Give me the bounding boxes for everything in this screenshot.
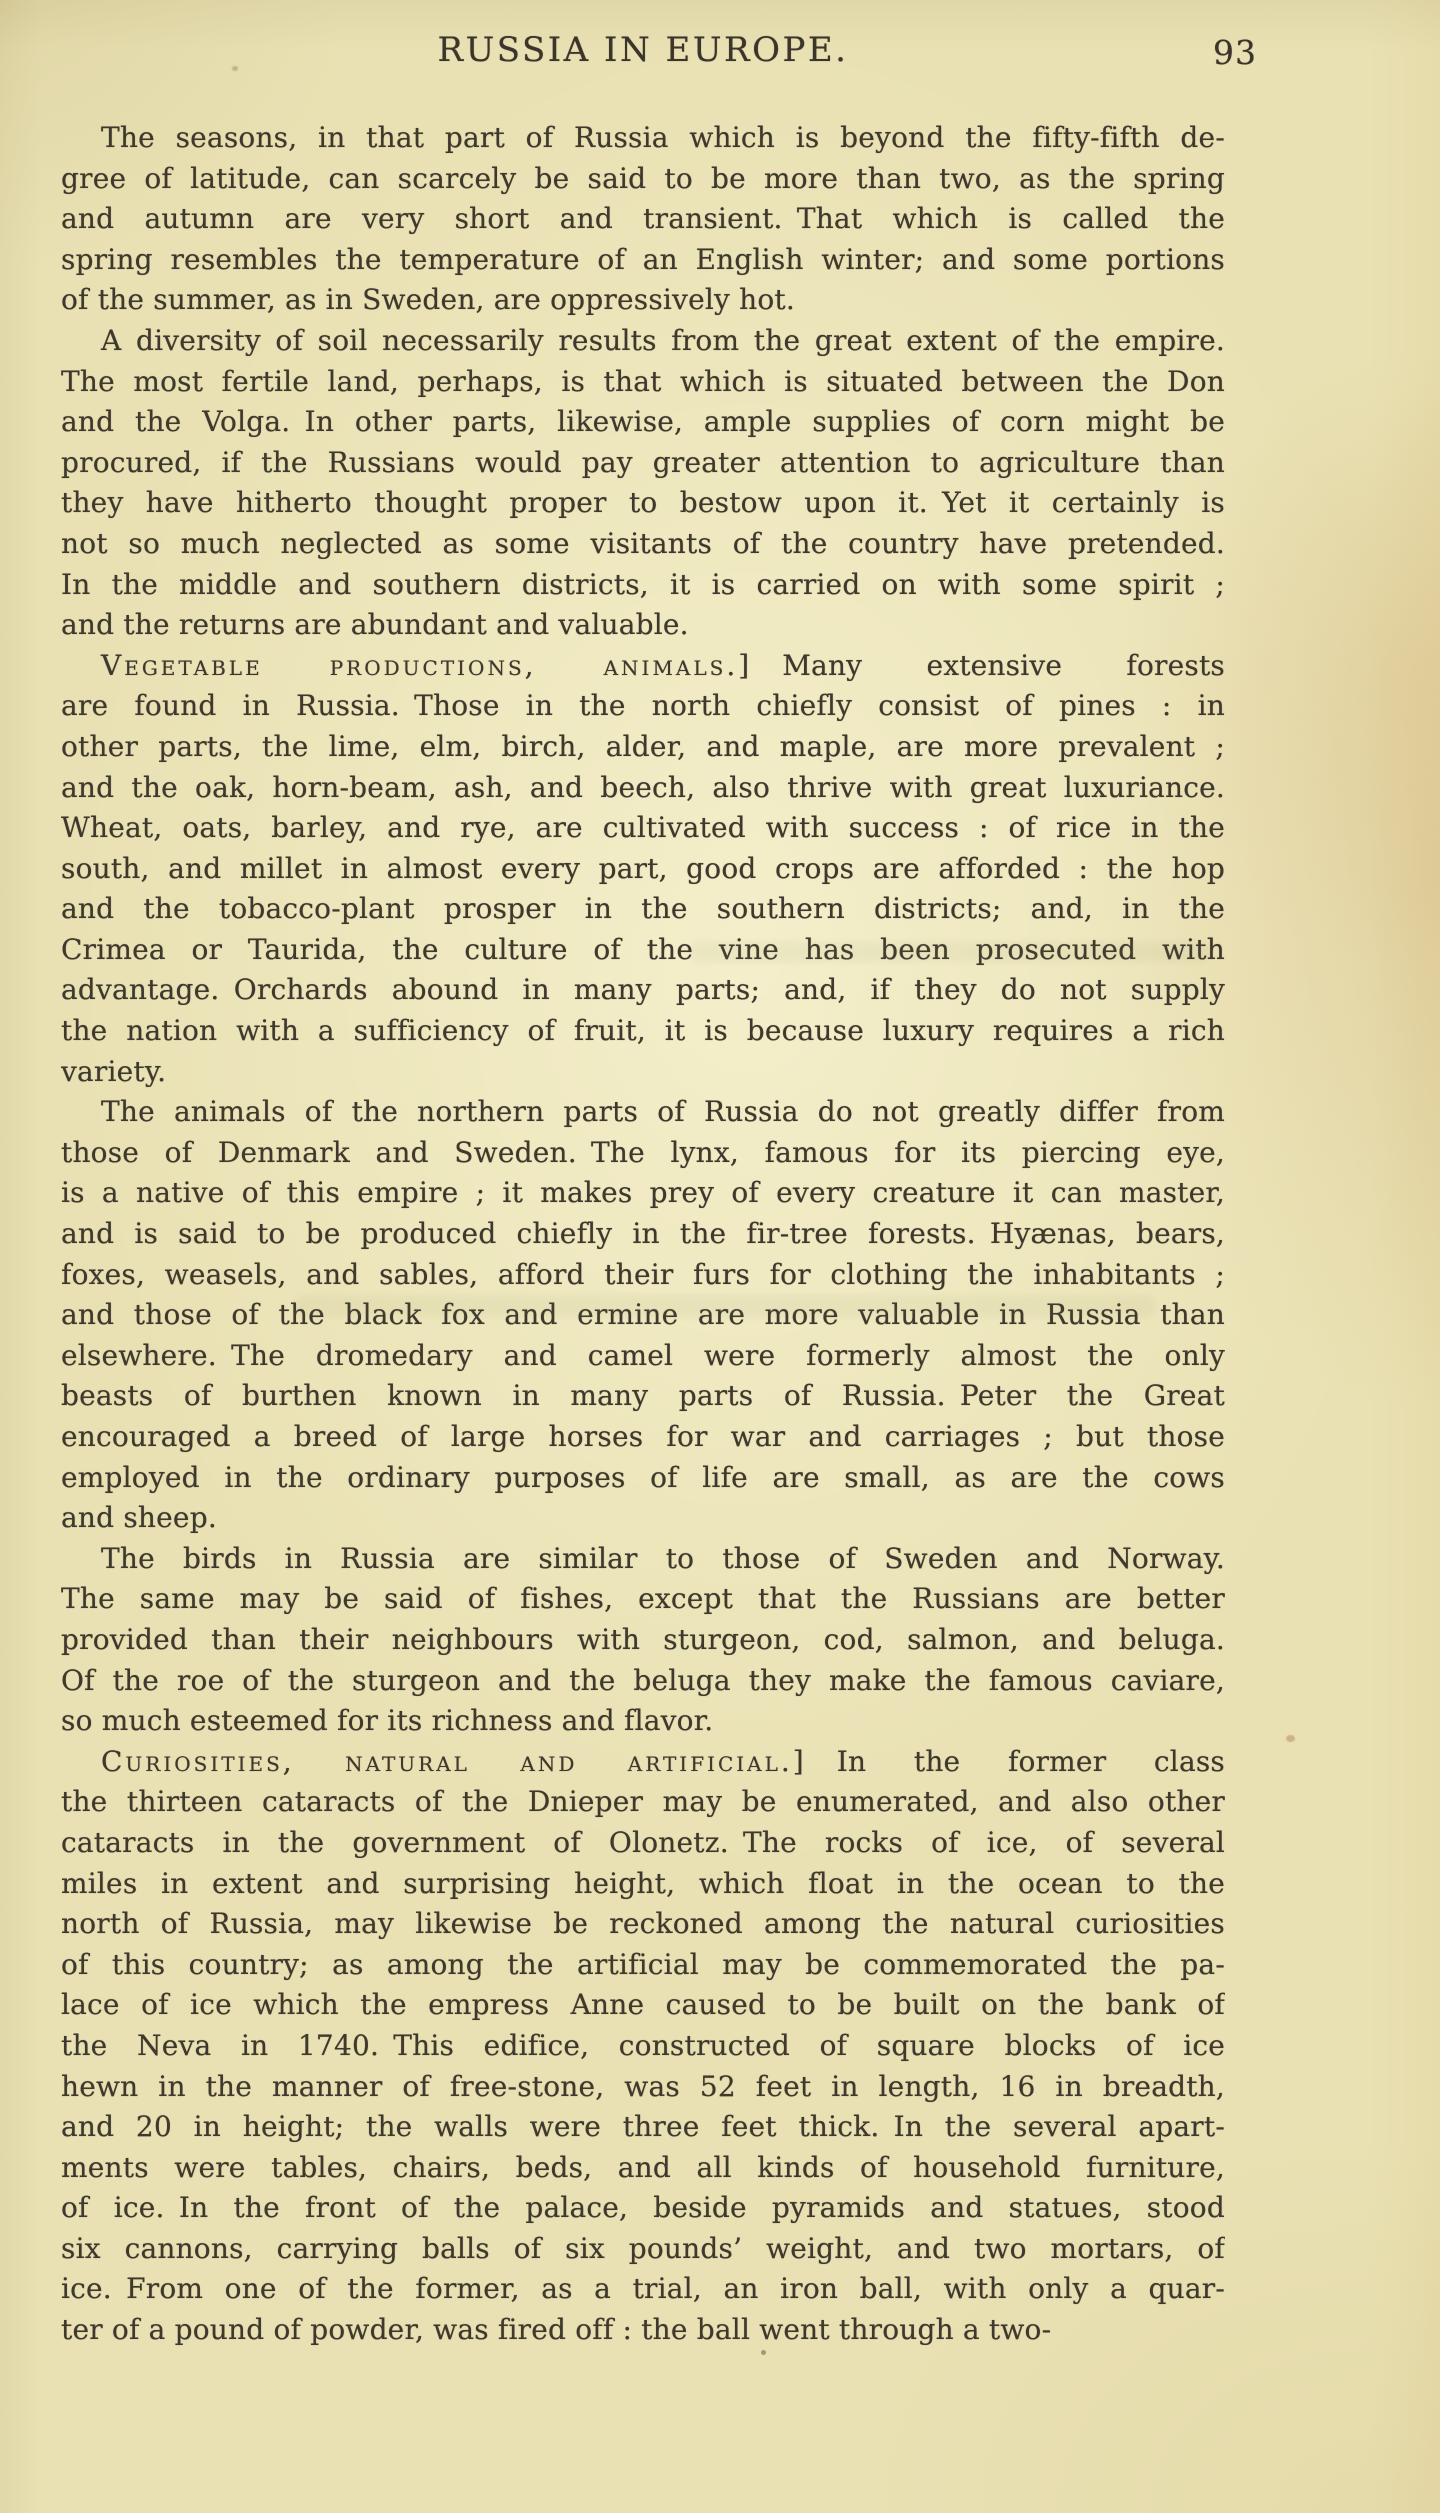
text-line: The same may be said of fishes, except t… [61,1579,1225,1620]
ink-speck [232,66,238,71]
text-line: gree of latitude, can scarcely be said t… [61,159,1225,200]
text-line: south, and millet in almost every part, … [61,849,1225,890]
text-line: encouraged a breed of large horses for w… [61,1417,1225,1458]
text-line: miles in extent and surprising height, w… [61,1864,1225,1905]
text-line: the Neva in 1740. This edifice, construc… [61,2026,1225,2067]
text-line: lace of ice which the empress Anne cause… [61,1985,1225,2026]
show-through-smudge [295,1295,1155,1317]
book-page-scan: RUSSIA IN EUROPE. 93 The seasons, in tha… [0,0,1440,2513]
text-line: the nation with a sufficiency of fruit, … [61,1011,1225,1052]
text-line: and the returns are abundant and valuabl… [61,605,1225,646]
running-title: RUSSIA IN EUROPE. [61,30,1225,70]
text-line: The most fertile land, perhaps, is that … [61,362,1225,403]
text-line: those of Denmark and Sweden. The lynx, f… [61,1133,1225,1174]
text-line: The birds in Russia are similar to those… [61,1539,1225,1580]
text-line: variety. [61,1052,1225,1093]
text-line: and the oak, horn-beam, ash, and beech, … [61,768,1225,809]
text-line: Of the roe of the sturgeon and the belug… [61,1661,1225,1702]
text-line: not so much neglected as some visitants … [61,524,1225,565]
text-line: and 20 in height; the walls were three f… [61,2107,1225,2148]
paragraph: Curiosities, natural and artificial.]In … [61,1742,1225,2351]
text-line: other parts, the lime, elm, birch, alder… [61,727,1225,768]
paragraph: Vegetable productions, animals.]Many ext… [61,646,1225,1093]
text-line: procured, if the Russians would pay grea… [61,443,1225,484]
text-line: Wheat, oats, barley, and rye, are cultiv… [61,808,1225,849]
text-line: so much esteemed for its richness and fl… [61,1701,1225,1742]
section-heading-smallcaps: Curiosities, natural and artificial.] [101,1745,807,1778]
text-line: north of Russia, may likewise be reckone… [61,1904,1225,1945]
text-line: provided than their neighbours with stur… [61,1620,1225,1661]
text-line: The animals of the northern parts of Rus… [61,1092,1225,1133]
section-lead-text: In the former class [837,1745,1225,1778]
text-line: the thirteen cataracts of the Dnieper ma… [61,1782,1225,1823]
paragraph: The seasons, in that part of Russia whic… [61,118,1225,321]
text-line: foxes, weasels, and sables, afford their… [61,1255,1225,1296]
paragraph: The birds in Russia are similar to those… [61,1539,1225,1742]
page-number: 93 [1213,33,1257,72]
text-line: of this country; as among the artificial… [61,1945,1225,1986]
paragraph: A diversity of soil necessarily results … [61,321,1225,646]
section-lead-text: Many extensive forests [782,649,1225,682]
text-line: cataracts in the government of Olonetz. … [61,1823,1225,1864]
text-line: ter of a pound of powder, was fired off … [61,2310,1225,2351]
text-line: of the summer, as in Sweden, are oppress… [61,280,1225,321]
text-line: are found in Russia. Those in the north … [61,686,1225,727]
text-line: hewn in the manner of free-stone, was 52… [61,2067,1225,2108]
text-line: and the Volga. In other parts, likewise,… [61,402,1225,443]
text-line: beasts of burthen known in many parts of… [61,1376,1225,1417]
text-line: they have hitherto thought proper to bes… [61,483,1225,524]
text-line: The seasons, in that part of Russia whic… [61,118,1225,159]
ink-speck [761,2350,766,2355]
text-line: and is said to be produced chiefly in th… [61,1214,1225,1255]
text-line: ments were tables, chairs, beds, and all… [61,2148,1225,2189]
text-line: is a native of this empire ; it makes pr… [61,1173,1225,1214]
text-line: In the middle and southern districts, it… [61,565,1225,606]
text-line: and sheep. [61,1498,1225,1539]
text-line: ice. From one of the former, as a trial,… [61,2269,1225,2310]
text-line: A diversity of soil necessarily results … [61,321,1225,362]
text-line: advantage. Orchards abound in many parts… [61,970,1225,1011]
text-line: and autumn are very short and transient.… [61,199,1225,240]
text-line: spring resembles the temperature of an E… [61,240,1225,281]
show-through-smudge [690,942,1210,962]
text-line: employed in the ordinary purposes of lif… [61,1458,1225,1499]
text-line: and the tobacco-plant prosper in the sou… [61,889,1225,930]
body-text: The seasons, in that part of Russia whic… [61,118,1225,2351]
text-line: elsewhere. The dromedary and camel were … [61,1336,1225,1377]
section-heading-smallcaps: Vegetable productions, animals.] [101,649,752,682]
text-line: Vegetable productions, animals.]Many ext… [61,646,1225,687]
text-line: of ice. In the front of the palace, besi… [61,2188,1225,2229]
paper-stain [1286,1735,1295,1742]
text-line: Curiosities, natural and artificial.]In … [61,1742,1225,1783]
text-line: six cannons, carrying balls of six pound… [61,2229,1225,2270]
